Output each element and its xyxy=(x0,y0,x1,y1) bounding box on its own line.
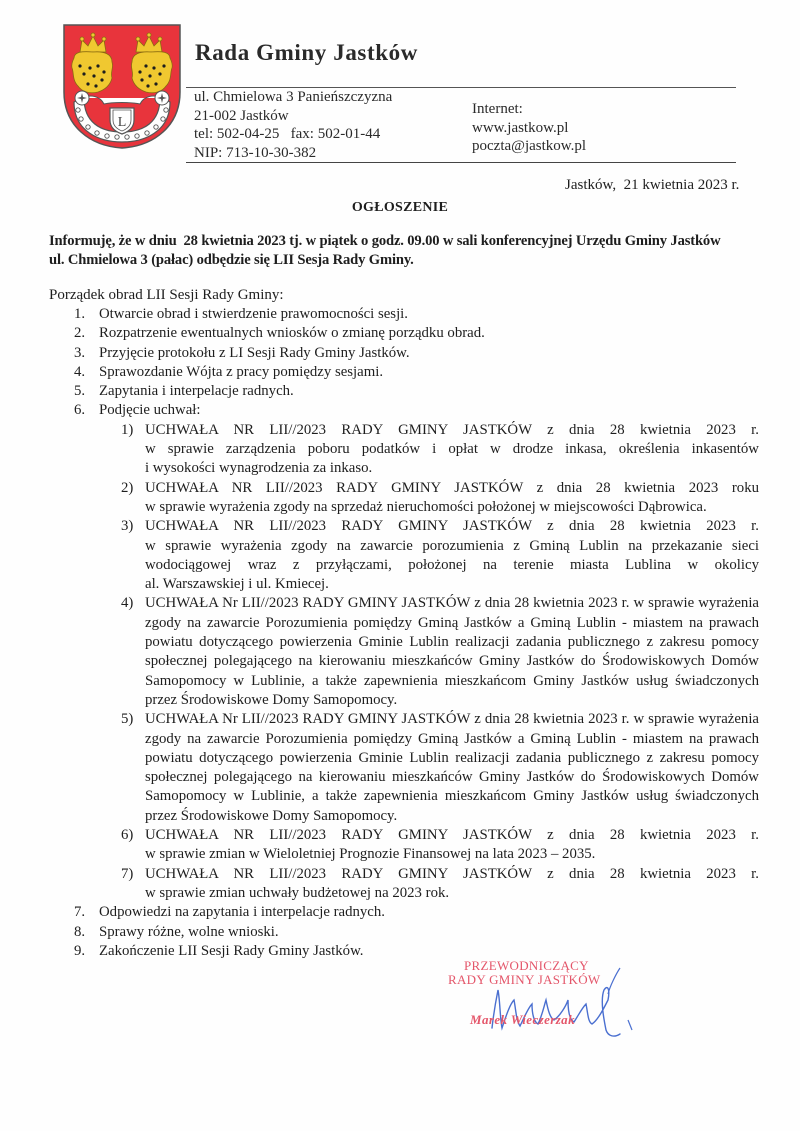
chairman-stamp: PRZEWODNICZĄCY RADY GMINY JASTKÓW Marek … xyxy=(430,950,630,1040)
agenda-item-text: Zakończenie LII Sesji Rady Gminy Jastków… xyxy=(99,943,364,959)
organization-name: Rada Gminy Jastków xyxy=(195,40,418,66)
agenda-item: 7.Odpowiedzi na zapytania i interpelacje… xyxy=(49,903,789,922)
agenda-item: 8.Sprawy różne, wolne wnioski. xyxy=(49,923,789,942)
resolution-text-line: społecznej polegającego na kierowaniu mi… xyxy=(145,768,759,787)
agenda-item-number: 6. xyxy=(74,401,85,420)
contact-label: Internet: xyxy=(472,100,586,119)
resolution-text-line: Samopomocy w Lublinie, a także zapewnien… xyxy=(145,787,759,806)
resolution-number: 6) xyxy=(121,826,133,845)
resolution-text-line: UCHWAŁA NR LII//2023 RADY GMINY JASTKÓW … xyxy=(145,865,759,884)
agenda-item-text: Sprawozdanie Wójta z pracy pomiędzy sesj… xyxy=(99,364,383,380)
header-divider-bottom xyxy=(186,162,736,163)
resolutions-list: 1)UCHWAŁA NR LII//2023 RADY GMINY JASTKÓ… xyxy=(49,421,789,903)
agenda-heading: Porządek obrad LII Sesji Rady Gminy: xyxy=(49,287,284,304)
agenda-item: 6.Podjęcie uchwał: xyxy=(49,401,789,420)
resolution-item: 4)UCHWAŁA Nr LII//2023 RADY GMINY JASTKÓ… xyxy=(49,594,759,710)
address-phone-fax: tel: 502-04-25 fax: 502-01-44 xyxy=(194,125,392,144)
resolution-text-line: powiatu dotyczącego powierzenia Gminie L… xyxy=(145,749,759,768)
resolution-number: 1) xyxy=(121,421,133,440)
resolution-text-line: UCHWAŁA Nr LII//2023 RADY GMINY JASTKÓW … xyxy=(145,710,759,729)
resolution-number: 3) xyxy=(121,517,133,536)
intro-line: Informuję, że w dniu 28 kwietnia 2023 tj… xyxy=(49,232,789,251)
resolution-item: 3)UCHWAŁA NR LII//2023 RADY GMINY JASTKÓ… xyxy=(49,517,759,594)
agenda-item-number: 8. xyxy=(74,923,85,942)
resolution-text-line: zgody na zawarcie Porozumienia pomiędzy … xyxy=(145,614,759,633)
agenda-item-text: Przyjęcie protokołu z LI Sesji Rady Gmin… xyxy=(99,345,410,361)
address-block: ul. Chmielowa 3 Panieńszczyzna 21-002 Ja… xyxy=(194,88,392,162)
agenda-item: 5.Zapytania i interpelacje radnych. xyxy=(49,382,789,401)
agenda-item: 2.Rozpatrzenie ewentualnych wniosków o z… xyxy=(49,324,789,343)
document-page: L Rada Gminy Jastków ul. Chmielowa 3 Pan… xyxy=(0,0,800,1131)
stamp-signatory-name: Marek Wieczerzak xyxy=(470,1012,575,1028)
resolution-text-line: Samopomocy w Lublinie, a także zapewnien… xyxy=(145,672,759,691)
resolution-text-line: al. Warszawskiej i ul. Kmiecej. xyxy=(145,575,759,594)
resolution-number: 2) xyxy=(121,479,133,498)
announcement-intro: Informuję, że w dniu 28 kwietnia 2023 tj… xyxy=(49,232,789,270)
resolution-item: 1)UCHWAŁA NR LII//2023 RADY GMINY JASTKÓ… xyxy=(49,421,759,479)
resolution-text-line: przez Środowiskowe Domy Samopomocy. xyxy=(145,691,759,710)
document-title: OGŁOSZENIE xyxy=(0,200,800,216)
intro-line: ul. Chmielowa 3 (pałac) odbędzie się LII… xyxy=(49,251,789,270)
agenda-item-number: 1. xyxy=(74,305,85,324)
resolution-text-line: społecznej polegającego na kierowaniu mi… xyxy=(145,652,759,671)
website-link[interactable]: www.jastkow.pl xyxy=(472,119,586,138)
document-date: Jastków, 21 kwietnia 2023 r. xyxy=(565,177,739,194)
resolution-text-line: UCHWAŁA NR LII//2023 RADY GMINY JASTKÓW … xyxy=(145,826,759,845)
resolution-number: 7) xyxy=(121,865,133,884)
coat-of-arms-icon: L xyxy=(60,22,184,150)
resolution-item: 2)UCHWAŁA NR LII//2023 RADY GMINY JASTKÓ… xyxy=(49,479,759,518)
address-postal: 21-002 Jastków xyxy=(194,107,392,126)
agenda-item-number: 7. xyxy=(74,903,85,922)
address-street: ul. Chmielowa 3 Panieńszczyzna xyxy=(194,88,392,107)
resolution-text-line: UCHWAŁA Nr LII//2023 RADY GMINY JASTKÓW … xyxy=(145,594,759,613)
agenda-item: 1.Otwarcie obrad i stwierdzenie prawomoc… xyxy=(49,305,789,324)
resolution-text-line: w sprawie zarządzenia poboru podatków i … xyxy=(145,440,759,459)
resolution-item: 5)UCHWAŁA Nr LII//2023 RADY GMINY JASTKÓ… xyxy=(49,710,759,826)
handwritten-signature-icon xyxy=(470,960,640,1040)
agenda-item-text: Otwarcie obrad i stwierdzenie prawomocno… xyxy=(99,306,408,322)
agenda-item: 4.Sprawozdanie Wójta z pracy pomiędzy se… xyxy=(49,363,789,382)
resolution-text-line: w sprawie wyrażenia zgody na zawarcie po… xyxy=(145,537,759,556)
agenda-item-number: 3. xyxy=(74,344,85,363)
resolution-text-line: przez Środowiskowe Domy Samopomocy. xyxy=(145,807,759,826)
resolution-number: 5) xyxy=(121,710,133,729)
resolution-text-line: wodociągowej wraz z przyłączami, położon… xyxy=(145,556,759,575)
resolution-item: 7)UCHWAŁA NR LII//2023 RADY GMINY JASTKÓ… xyxy=(49,865,759,904)
agenda-item: 9.Zakończenie LII Sesji Rady Gminy Jastk… xyxy=(49,942,789,961)
resolution-item: 6)UCHWAŁA NR LII//2023 RADY GMINY JASTKÓ… xyxy=(49,826,759,865)
resolution-text-line: powiatu dotyczącego powierzenia Gminie L… xyxy=(145,633,759,652)
resolution-number: 4) xyxy=(121,594,133,613)
agenda-item: 3.Przyjęcie protokołu z LI Sesji Rady Gm… xyxy=(49,344,789,363)
agenda-list: 1.Otwarcie obrad i stwierdzenie prawomoc… xyxy=(49,305,789,961)
resolution-text-line: zgody na zawarcie Porozumienia pomiędzy … xyxy=(145,730,759,749)
resolution-text-line: w sprawie zmian uchwały budżetowej na 20… xyxy=(145,884,759,903)
agenda-item-number: 4. xyxy=(74,363,85,382)
address-nip: NIP: 713-10-30-382 xyxy=(194,144,392,163)
resolution-text-line: w sprawie zmian w Wieloletniej Prognozie… xyxy=(145,845,759,864)
resolution-text-line: UCHWAŁA NR LII//2023 RADY GMINY JASTKÓW … xyxy=(145,421,759,440)
agenda-item-text: Odpowiedzi na zapytania i interpelacje r… xyxy=(99,904,385,920)
resolution-text-line: UCHWAŁA NR LII//2023 RADY GMINY JASTKÓW … xyxy=(145,479,759,498)
contact-block: Internet: www.jastkow.pl poczta@jastkow.… xyxy=(472,100,586,156)
agenda-item-number: 9. xyxy=(74,942,85,961)
agenda-item-number: 5. xyxy=(74,382,85,401)
resolution-text-line: i wysokości wynagrodzenia za inkaso. xyxy=(145,459,759,478)
svg-text:L: L xyxy=(118,115,127,130)
agenda-item-text: Podjęcie uchwał: xyxy=(99,402,201,418)
agenda-item-text: Sprawy różne, wolne wnioski. xyxy=(99,924,279,940)
agenda-item-text: Rozpatrzenie ewentualnych wniosków o zmi… xyxy=(99,325,485,341)
resolution-text-line: UCHWAŁA NR LII//2023 RADY GMINY JASTKÓW … xyxy=(145,517,759,536)
email-link[interactable]: poczta@jastkow.pl xyxy=(472,137,586,156)
resolution-text-line: w sprawie wyrażenia zgody na sprzedaż ni… xyxy=(145,498,759,517)
agenda-item-text: Zapytania i interpelacje radnych. xyxy=(99,383,294,399)
agenda-item-number: 2. xyxy=(74,324,85,343)
